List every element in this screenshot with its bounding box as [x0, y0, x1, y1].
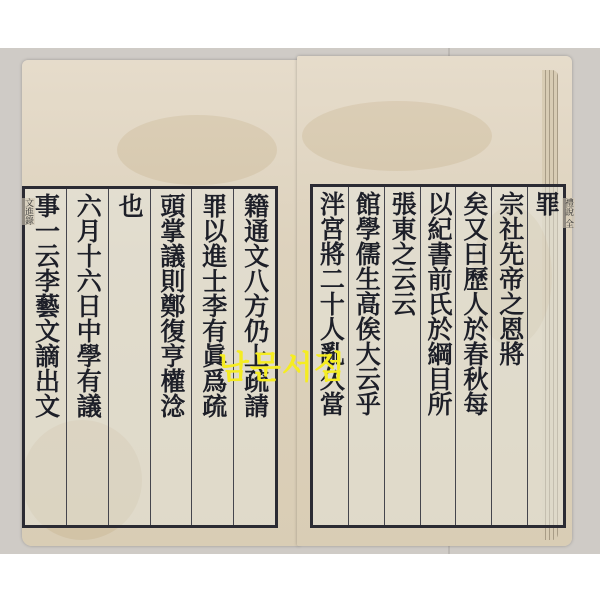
column-text: 以紀書前氏於綱目所	[421, 191, 455, 416]
column-text: 館學儒生高俟大云乎	[349, 191, 383, 416]
water-stain	[302, 101, 492, 171]
left-margin-label: 文進錄	[22, 198, 35, 225]
water-stain	[117, 115, 277, 185]
text-column: 館學儒生高俟大云乎	[348, 187, 384, 525]
column-text: 張東之云云	[385, 191, 419, 316]
right-margin-label: 禮說 全	[562, 198, 575, 228]
text-column: 六月十六日中學有議	[66, 189, 108, 525]
book-photo: 籍通文八方仍上疏請 罪以進士李有眞爲疏 頭掌議則鄭復亨權淰 也 六月十六日中學有…	[0, 48, 600, 554]
text-column: 以紀書前氏於綱目所	[420, 187, 456, 525]
column-text: 也	[112, 193, 146, 218]
text-column: 事一云李藝文謫出文	[25, 189, 66, 525]
column-text: 事一云李藝文謫出文	[28, 193, 62, 418]
text-column: 也	[108, 189, 150, 525]
text-column: 矣又曰歷人於春秋每	[455, 187, 491, 525]
right-text-frame: 罪 宗社先帝之恩將 矣又曰歷人於春秋每 以紀書前氏於綱目所 張東之云云 館學儒生…	[310, 184, 566, 528]
column-text: 頭掌議則鄭復亨權淰	[154, 193, 188, 418]
text-column: 張東之云云	[384, 187, 420, 525]
column-text: 罪	[529, 191, 563, 216]
watermark: 남문서점	[218, 342, 346, 388]
column-text: 矣又曰歷人於春秋每	[457, 191, 491, 416]
text-column: 罪	[527, 187, 563, 525]
text-column: 頭掌議則鄭復亨權淰	[150, 189, 192, 525]
column-text: 宗社先帝之恩將	[493, 191, 527, 366]
column-text: 六月十六日中學有議	[70, 193, 104, 418]
text-column: 宗社先帝之恩將	[491, 187, 527, 525]
